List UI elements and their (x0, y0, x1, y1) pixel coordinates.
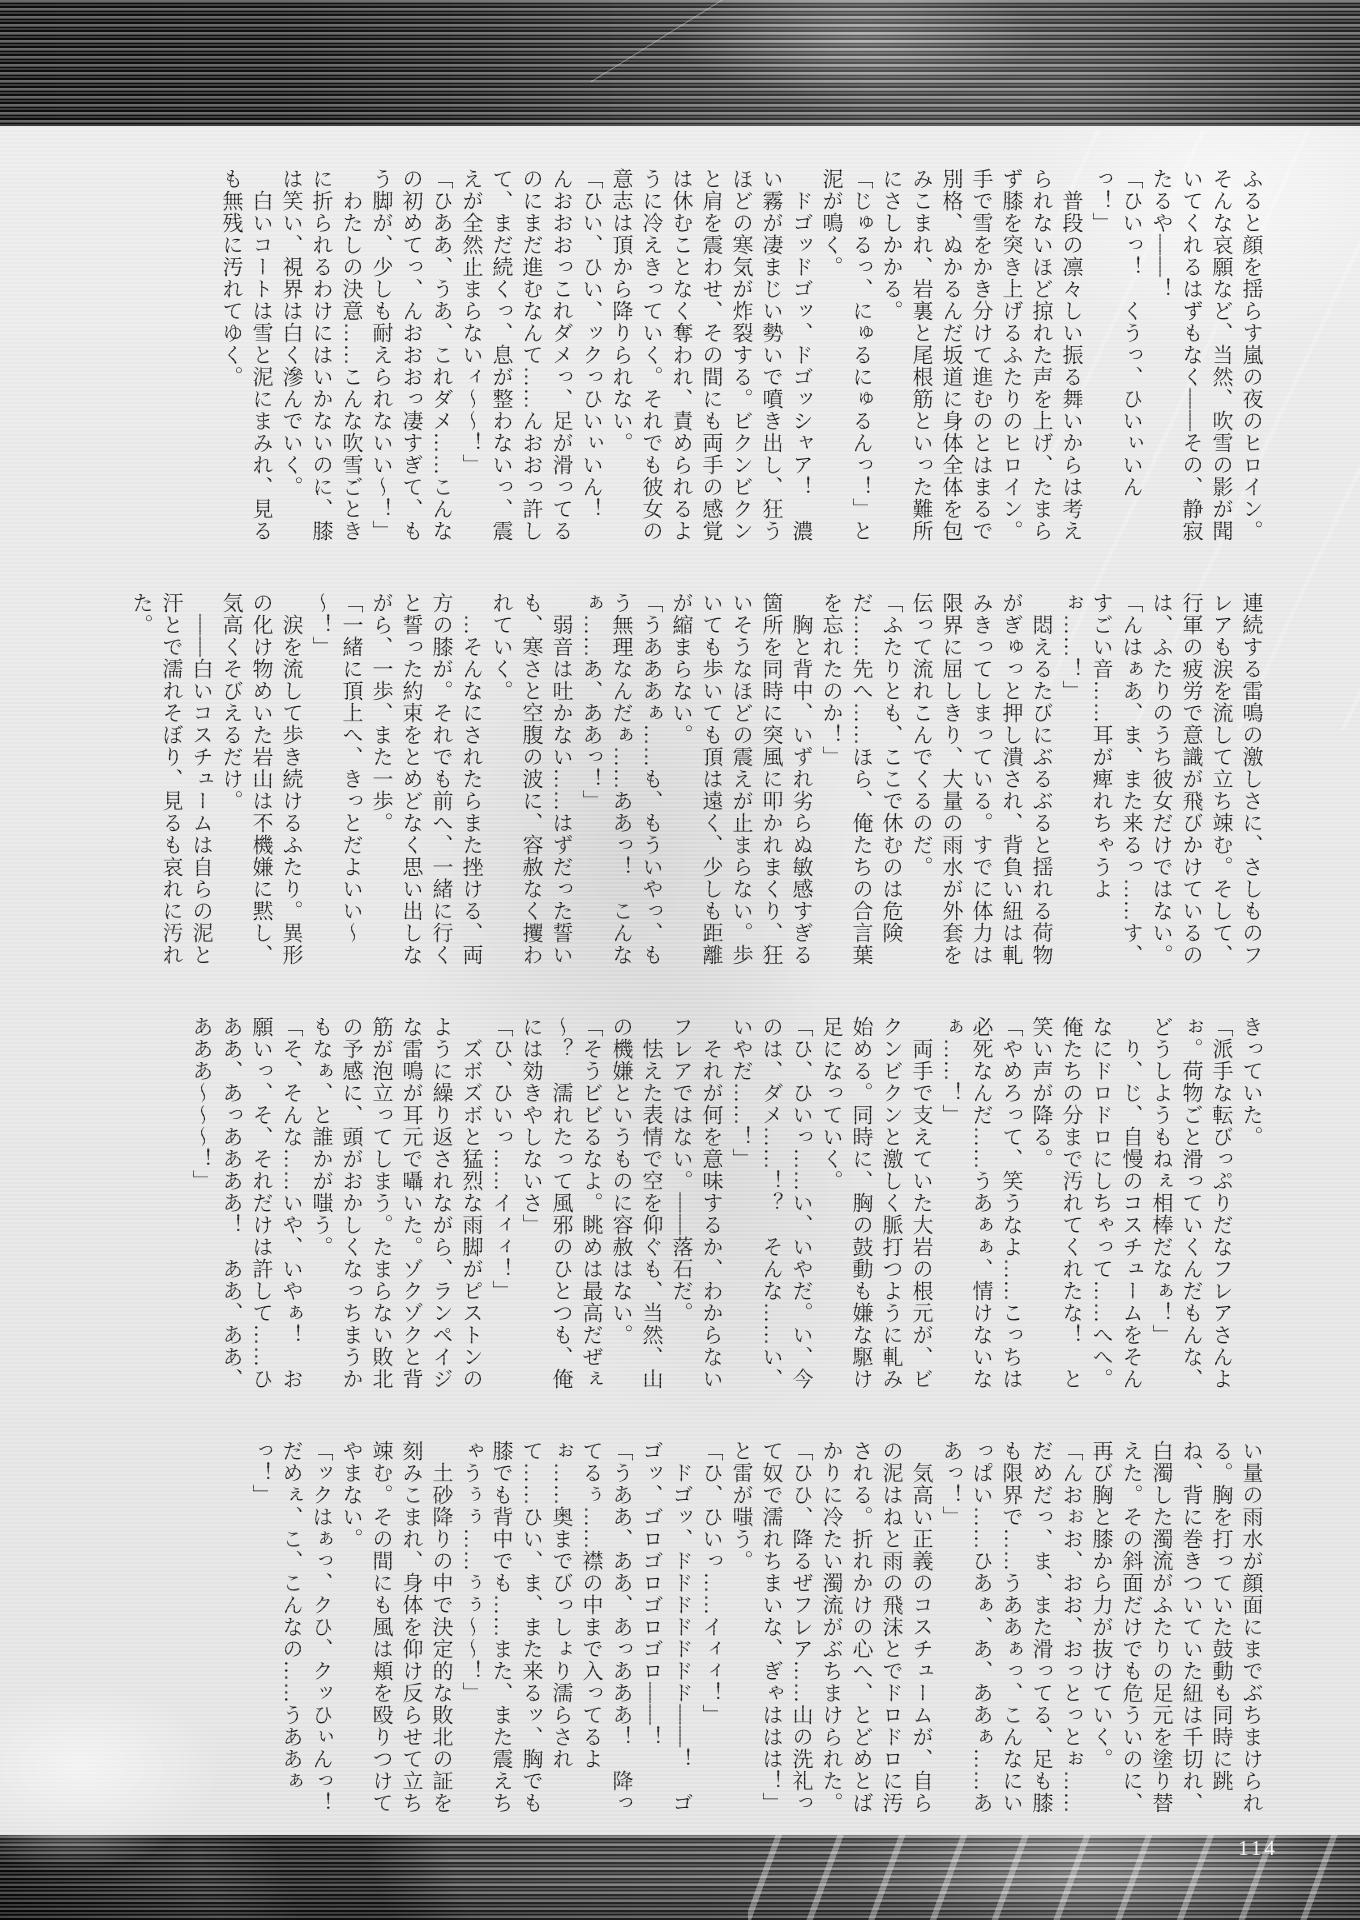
footer-photo-band (0, 1835, 1360, 1920)
text-row-2: 連続する雷鳴の激しさに、さしものフレアも涙を流して立ち竦む。そして、行軍の疲労で… (126, 592, 1267, 986)
page-number: 114 (1220, 1836, 1296, 1861)
scratch-line (591, 0, 761, 82)
text-row-1: ふると顔を揺らす嵐の夜のヒロイン。そんな哀願など、当然、吹雪の影が聞いてくれるは… (126, 168, 1267, 562)
header-photo-band (0, 0, 1360, 126)
footer-corner-shadow (0, 1835, 1360, 1920)
text-row-3: きっていた。 「派手な転びっぷりだなフレアさんよぉ。荷物ごと滑っていくんだもんな… (126, 1016, 1267, 1410)
text-row-4: い量の雨水が顔面にまでぶちまけられる。胸を打っていた鼓動も同時に跳ね、背に巻きつ… (126, 1440, 1267, 1834)
